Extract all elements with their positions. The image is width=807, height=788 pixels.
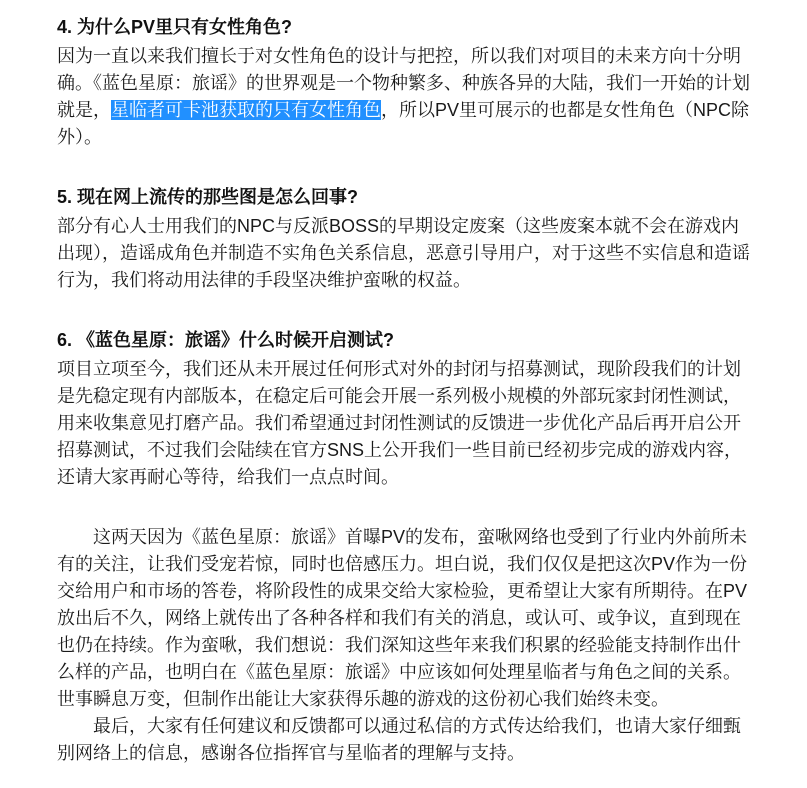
question-heading-6: 6. 《蓝色星原：旅谣》什么时候开启测试? [57, 327, 751, 354]
closing-block: 这两天因为《蓝色星原：旅谣》首曝PV的发布，蛮啾网络也受到了行业内外前所未有的关… [57, 524, 751, 767]
answer-paragraph-4: 因为一直以来我们擅长于对女性角色的设计与把控，所以我们对项目的未来方向十分明确。… [57, 43, 751, 151]
selected-text-highlight: 星临者可卡池获取的只有女性角色 [111, 100, 381, 120]
question-heading-5: 5. 现在网上流传的那些图是怎么回事? [57, 184, 751, 211]
qa-section-6: 6. 《蓝色星原：旅谣》什么时候开启测试? 项目立项至今，我们还从未开展过任何形… [57, 327, 751, 491]
article-body: 4. 为什么PV里只有女性角色? 因为一直以来我们擅长于对女性角色的设计与把控，… [0, 0, 807, 767]
question-heading-4: 4. 为什么PV里只有女性角色? [57, 14, 751, 41]
closing-paragraph-2: 最后，大家有任何建议和反馈都可以通过私信的方式传达给我们，也请大家仔细甄别网络上… [57, 713, 751, 767]
answer-paragraph-5: 部分有心人士用我们的NPC与反派BOSS的早期设定废案（这些废案本就不会在游戏内… [57, 213, 751, 294]
qa-section-5: 5. 现在网上流传的那些图是怎么回事? 部分有心人士用我们的NPC与反派BOSS… [57, 184, 751, 294]
closing-paragraph-1: 这两天因为《蓝色星原：旅谣》首曝PV的发布，蛮啾网络也受到了行业内外前所未有的关… [57, 524, 751, 713]
qa-section-4: 4. 为什么PV里只有女性角色? 因为一直以来我们擅长于对女性角色的设计与把控，… [57, 14, 751, 151]
answer-paragraph-6: 项目立项至今，我们还从未开展过任何形式对外的封闭与招募测试，现阶段我们的计划是先… [57, 356, 751, 491]
